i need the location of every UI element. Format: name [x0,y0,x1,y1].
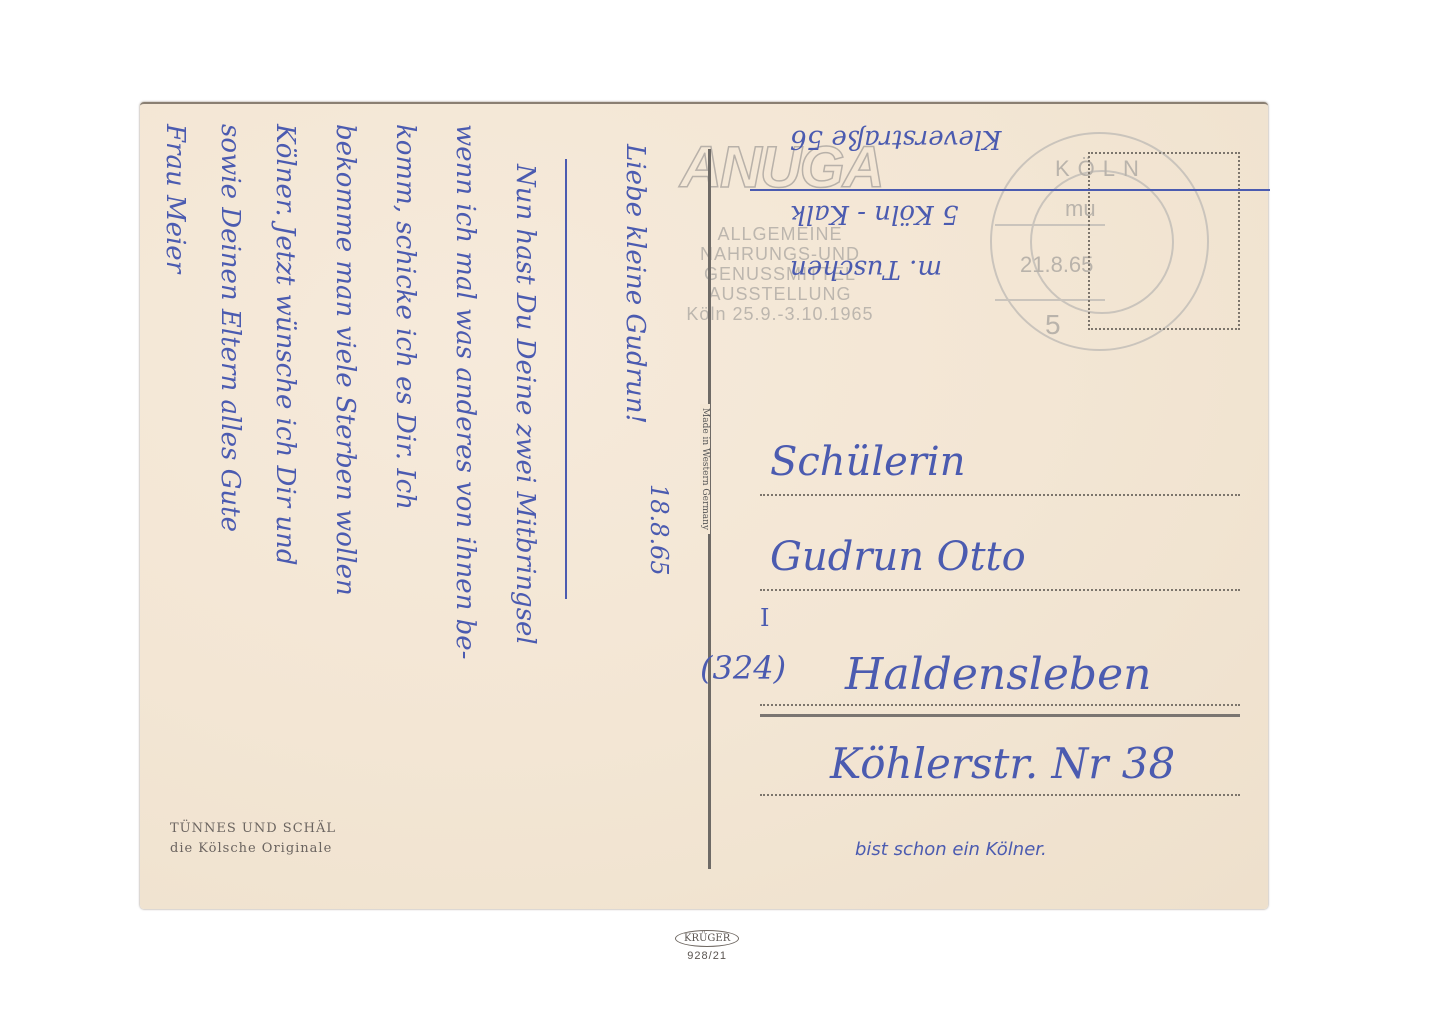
caption-title: TÜNNES UND SCHÄL [170,821,336,836]
message-line: sowie Deinen Eltern alles Gute [215,124,245,532]
slogan-line: AUSSTELLUNG [660,284,900,304]
slogan-line: Köln 25.9.-3.10.1965 [660,304,900,324]
card-number: 928/21 [675,950,739,962]
made-in-label: Made in Western Germany [700,404,710,534]
recipient-city: Haldensleben [845,649,1151,700]
recipient-name: Gudrun Otto [770,534,1026,580]
recipient-district: I [760,604,769,632]
signature: Frau Meier [160,124,190,273]
address-line-2 [760,589,1240,591]
stamp-placeholder-box [1088,152,1240,330]
address-line-4 [760,794,1240,796]
recipient-street: Köhlerstr. Nr 38 [830,739,1175,788]
greeting-underline [565,159,567,599]
address-line-city [760,714,1240,717]
postmark-number: 5 [1045,309,1061,341]
publisher-mark: KRÜGER 928/21 [675,926,739,962]
recipient-title: Schülerin [770,439,965,485]
greeting: Liebe kleine Gudrun! [620,144,650,424]
recipient-postcode: (324) [700,649,786,687]
sender-underline [750,189,1270,191]
postcard-back: ANUGA ALLGEMEINE NAHRUNGS-UND GENUSSMITT… [140,102,1268,909]
sender-city: 5 Köln - Kalk [790,199,959,229]
handwritten-date: 18.8.65 [645,484,673,576]
kruger-logo: KRÜGER [675,930,739,947]
message-line: Nun hast Du Deine zwei Mitbringsel [510,164,540,645]
caption-subtitle: die Kölsche Originale [170,841,332,856]
postmark-date: 21.8.65 [1020,252,1093,278]
address-line-3 [760,704,1240,706]
message-line: komm, schicke ich es Dir. Ich [390,124,420,510]
message-line: Kölner. Jetzt wünsche ich Dir und [270,124,300,566]
footnote: bist schon ein Kölner. [855,839,1047,860]
address-line-1 [760,494,1240,496]
sender-street: Kleverstraße 56 [790,124,1001,154]
sender-name: m. Tuschen [790,254,942,284]
message-line: bekomme man viele Sterben wollen [330,124,360,596]
message-line: wenn ich mal was anderes von ihnen be- [450,124,480,659]
